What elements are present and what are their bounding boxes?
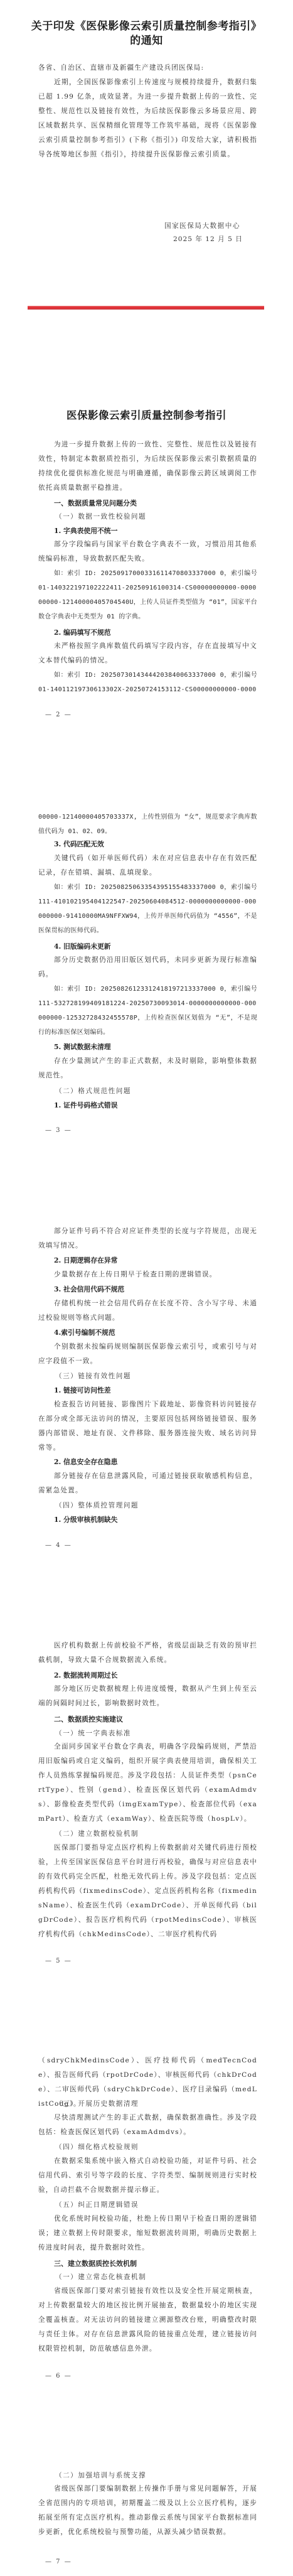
notice-signature: 国家医保局大数据中心 <box>164 221 240 230</box>
item-2-1-heading: 1. 证件号码格式错误 <box>54 1101 117 1110</box>
section-3-sub2-heading: （二）加强培训与系统支撑 <box>55 2471 146 2480</box>
section-2-sub4-text: 在数据采集系统中嵌入格式自动校验功能，对证件号码、社会信用代码、索引号等字段的长… <box>38 2154 257 2197</box>
section-2-sub2-heading: （二）建立数据校验机制 <box>55 1829 139 1838</box>
section-1-sub1-heading: （一）数据一致性校验问题 <box>55 512 146 521</box>
page-number-6: — 6 — <box>45 2373 72 2379</box>
item-2-2-text: 少量数据存在上传日期早于检查日期的逻辑错误。 <box>38 1268 257 1282</box>
section-3-sub2-text: 省级医保部门要编制数据上传操作手册与常见问题解答，开展全省范围内的专项培训，初期… <box>38 2482 257 2540</box>
item-1-2-example-part2: 00000-12140000405703337X, 上传性别值为 “女”，规范要… <box>38 810 257 839</box>
notice-body: 近期，全国医保影像索引上传速度与规模持续提升，数据归集已超 1.99 亿条，成效… <box>38 75 257 162</box>
guide-intro: 为进一步提升数据上传的一致性、完整性、规范性以及链接有效性，特制定本数据质控指引… <box>38 438 257 495</box>
section-2-sub1-text: 全面同步国家平台数仓字典表，明确各字段编码规则，严禁沿用旧版编码或自定义编码，组… <box>38 1740 257 1826</box>
item-1-5-text: 存在少量测试产生的非正式数据，未及时剔除，影响整体数据规范性。 <box>38 1054 257 1083</box>
section-2-sub4-heading: （四）细化格式校验规则 <box>55 2142 139 2152</box>
item-3-1-heading: 1. 链接可访问性差 <box>54 1386 111 1395</box>
section-1-sub3-heading: （三）链接有效性问题 <box>55 1371 131 1381</box>
item-1-2-heading: 2. 编码填写不规范 <box>54 628 111 637</box>
item-1-2-example-part1: 如：索引 ID: 20250730143444203840063337000 0… <box>38 668 257 697</box>
section-3-sub1-heading: （一）建立常态化核查机制 <box>55 2272 146 2282</box>
notice-title-line2: 的通知 <box>0 31 293 47</box>
page-number-5: — 5 — <box>45 1958 72 1964</box>
item-1-3-heading: 3. 代码匹配无效 <box>54 839 104 849</box>
section-2-sub3-text: 尽快清理测试产生的非正式数据，确保数据准确性。涉及字段包括：检查医保区划代码（e… <box>38 2111 257 2140</box>
section-2-heading: 二、数据质控实施建议 <box>54 1714 123 1724</box>
item-4-1-heading: 1. 分级审核机制缺失 <box>54 1515 117 1524</box>
item-1-1-example: 如：索引 ID: 20250917000331611470803337000 0… <box>38 566 257 624</box>
item-4-2-heading: 2. 数据流转周期过长 <box>54 1671 117 1680</box>
notice-date: 2025 年 12 月 5 日 <box>173 234 243 244</box>
item-1-4-example: 如：索引 ID: 20250826123312418197213337000 0… <box>38 982 257 1040</box>
section-2-sub5-text: 优化系统时间校验功能，杜绝上传日期早于检查日期的逻辑错误；建立数据上传时限要求，… <box>38 2212 257 2255</box>
page-number-7: — 7 — <box>45 2558 72 2565</box>
item-1-3-example: 如：索引 ID: 20250825063354395155483337000 0… <box>38 880 257 938</box>
page-number-3: — 3 — <box>45 1127 72 1134</box>
item-2-4-heading: 4.索引号编制不规范 <box>54 1328 115 1337</box>
item-4-1-text: 医疗机构数据上传前校验不严格，省级层面缺乏有效的预审拦截机制，导致大量不合规数据… <box>38 1639 257 1668</box>
section-2-sub2-text-part1: 医保部门要指导定点医疗机构上传数据前对关键代码进行预校验，上传至国家医保信息平台… <box>38 1841 257 1942</box>
item-2-3-heading: 3. 社会信用代码不规范 <box>54 1285 124 1294</box>
guide-title: 医保影像云索引质量控制参考指引 <box>0 407 293 422</box>
item-4-2-text: 部分地区历史数据梳理上传进度缓慢，数据从产生到上传至云端的间隔时间过长，影响数据… <box>38 1682 257 1711</box>
notice-salutation: 各省、自治区、直辖市及新疆生产建设兵团医保局: <box>38 61 257 75</box>
item-1-4-heading: 4. 旧版编码未更新 <box>54 942 111 951</box>
item-3-2-heading: 2. 信息安全存在隐患 <box>54 1457 117 1467</box>
notice-title-line1: 关于印发《医保影像云索引质量控制参考指引》 <box>0 17 293 33</box>
section-2-sub1-heading: （一）统一字典表标准 <box>55 1728 131 1738</box>
page-number-2: — 2 — <box>45 711 72 718</box>
page-number-4: — 4 — <box>45 1542 72 1549</box>
section-2-sub5-heading: （五）纠正日期逻辑错误 <box>55 2200 139 2209</box>
item-3-1-text: 检查报告访问链接、影像图片下载地址、影像资料访问链接存在部分或全部无法访问的情况… <box>38 1398 257 1455</box>
section-1-sub2-heading: （二）格式规范性问题 <box>55 1086 131 1096</box>
item-3-2-text: 部分链接存在信息泄露风险，可通过链接获取敏感机构信息，需紧急处置。 <box>38 1469 257 1498</box>
section-3-sub1-text: 省级医保部门要对索引链接有效性以及安全性开展定期核查，对上传数据量较大的地区按比… <box>38 2284 257 2356</box>
item-1-4-text: 部分历史数据仍沿用旧版区划代码，未同步更新为现行标准编码。 <box>38 953 257 982</box>
item-1-1-heading: 1. 字典表使用不统一 <box>54 526 117 536</box>
section-3-heading: 三、建立数据质控长效机制 <box>54 2258 137 2268</box>
section-1-sub4-heading: （四）整体质控管理问题 <box>55 1501 139 1510</box>
item-1-3-text: 关键代码（如开单医师代码）未在对应信息表中存在有效匹配记录，存在错填、漏填、乱填… <box>38 851 257 880</box>
item-1-5-heading: 5. 测试数据未清理 <box>54 1042 111 1052</box>
item-2-3-text: 存储机构统一社会信用代码存在长度不符、含小写字母、未通过校验规则等格式问题。 <box>38 1296 257 1325</box>
red-divider-rule <box>28 306 264 310</box>
item-1-1-text: 部分字段编码与国家平台数仓字典表不一致，习惯沿用其他系统编码标准，导致数据匹配失… <box>38 537 257 566</box>
item-2-4-text: 个别数据未按编码规则编制医保影像云索引号，或索引号与对应字段值不一致。 <box>38 1340 257 1369</box>
section-1-heading: 一、数据质量常见问题分类 <box>54 498 137 508</box>
item-1-2-text: 未严格按照字典库数值代码填写字段内容，存在直接填写中文文本替代编码的情况。 <box>38 639 257 668</box>
item-2-1-text: 部分证件号码不符合对应证件类型的长度与字符规范，出现无效填写情况。 <box>38 1224 257 1253</box>
section-2-sub3-heading: （三）开展历史数据清理 <box>55 2099 139 2108</box>
item-2-2-heading: 2. 日期逻辑存在异常 <box>54 1256 117 1265</box>
